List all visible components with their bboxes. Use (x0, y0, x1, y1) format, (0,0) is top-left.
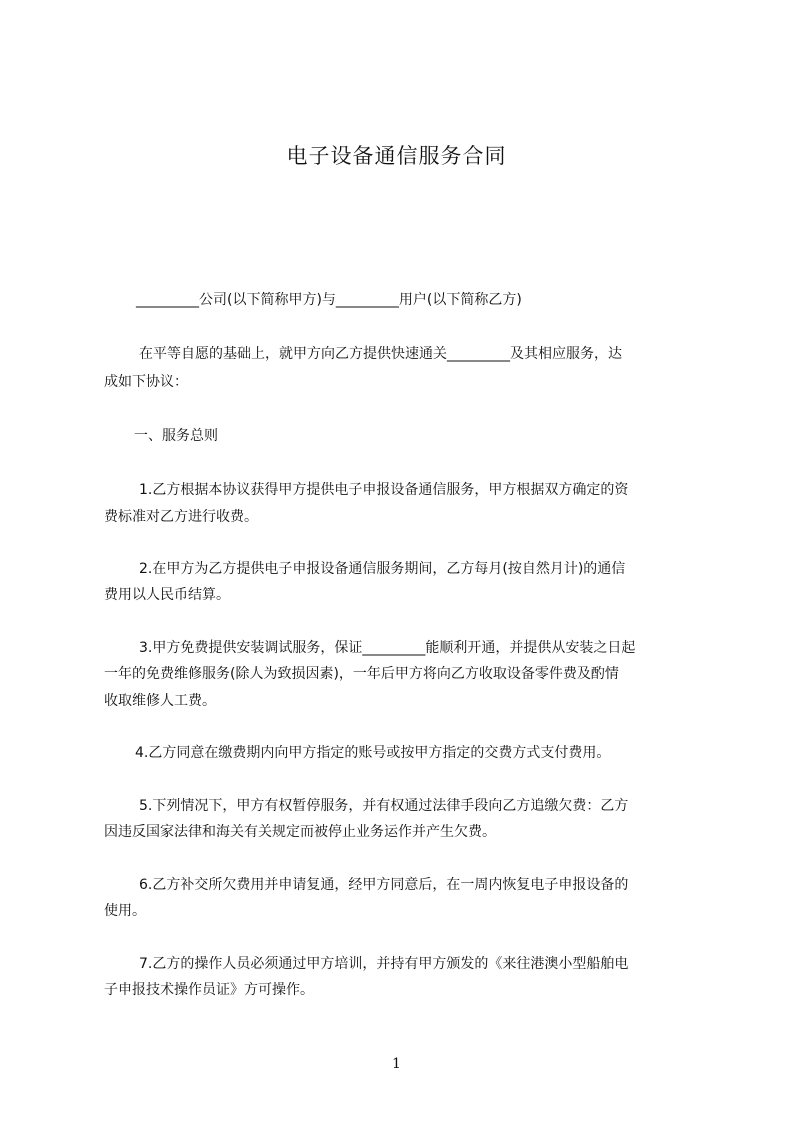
clause-4-line-1: 4.乙方同意在缴费期内向甲方指定的账号或按甲方指定的交费方式支付费用。 (135, 743, 610, 763)
clause-1-line-2: 费标准对乙方进行收费。 (104, 507, 258, 527)
clause-7-line-2: 子申报技术操作员证》方可操作。 (104, 980, 314, 1000)
clause-3-line-2: 一年的免费维修服务(除人为致损因素)，一年后甲方将向乙方收取设备零件费及酌情 (104, 664, 619, 684)
clause-7-line-1: 7.乙方的操作人员必须通过甲方培训，并持有甲方颁发的《来往港澳小型船舶电 (139, 954, 628, 974)
clause-3-line-3: 收取维修人工费。 (104, 691, 216, 711)
preamble-line-1: 在平等自愿的基础上，就甲方向乙方提供快速通关_________及其相应服务，达 (139, 344, 622, 364)
clause-2-line-1: 2.在甲方为乙方提供电子申报设备通信服务期间，乙方每月(按自然月计)的通信 (139, 559, 625, 579)
parties-line: _________公司(以下简称甲方)与_________用户(以下简称乙方) (136, 290, 522, 310)
clause-5-line-1: 5.下列情况下，甲方有权暂停服务，并有权通过法律手段向乙方追缴欠费：乙方 (139, 796, 628, 816)
clause-6-line-2: 使用。 (104, 901, 146, 921)
page-number: 1 (0, 1056, 793, 1072)
clause-6-line-1: 6.乙方补交所欠费用并申请复通，经甲方同意后，在一周内恢复电子申报设备的 (139, 875, 628, 895)
clause-3-line-1: 3.甲方免费提供安装调试服务，保证_________能顺利开通，并提供从安装之日… (139, 638, 635, 658)
clause-2-line-2: 费用以人民币结算。 (104, 585, 230, 605)
clause-1-line-1: 1.乙方根据本协议获得甲方提供电子申报设备通信服务，甲方根据双方确定的资 (139, 480, 628, 500)
clause-5-line-2: 因违反国家法律和海关有关规定而被停止业务运作并产生欠费。 (104, 822, 496, 842)
section-heading: 一、服务总则 (134, 426, 218, 446)
preamble-line-2: 成如下协议： (104, 372, 188, 392)
document-title: 电子设备通信服务合同 (0, 141, 793, 171)
document-page: 电子设备通信服务合同 _________公司(以下简称甲方)与_________… (0, 0, 793, 1122)
